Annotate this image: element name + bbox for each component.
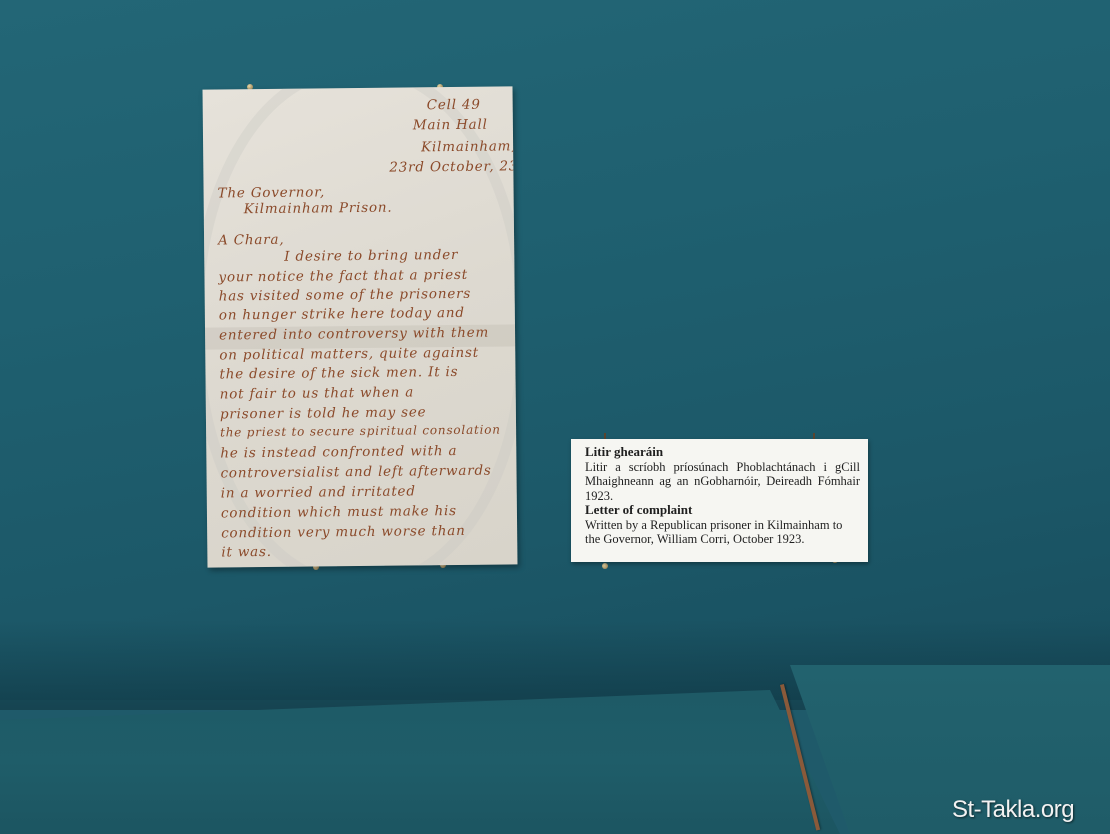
watermark: St-Takla.org xyxy=(952,796,1074,824)
letter-salutation: A Chara, xyxy=(218,232,284,249)
display-wall xyxy=(0,0,1110,700)
handwritten-letter: Cell 49 Main Hall Kilmainham, 23rd Octob… xyxy=(203,86,518,567)
letter-addressee: The Governor, xyxy=(218,184,326,201)
letter-body-line: your notice the fact that a priest xyxy=(218,267,468,286)
letter-body-line: controversialist and left afterwards xyxy=(220,463,491,482)
letter-body-line: prisoner is told he may see xyxy=(220,404,427,422)
letter-body-line: it was. xyxy=(221,544,272,561)
letter-date: 23rd October, 23 xyxy=(389,158,517,175)
letter-body-line: condition which must make his xyxy=(221,503,457,521)
letter-body-line: entered into controversy with them xyxy=(219,325,489,344)
letter-body-line: he is instead confronted with a xyxy=(220,443,457,461)
letter-body-line: in a worried and irritated xyxy=(221,483,416,501)
caption-card: Litir ghearáin Litir a scríobh príosúnac… xyxy=(571,439,868,562)
caption-english-text: Written by a Republican prisoner in Kilm… xyxy=(585,518,860,547)
letter-body-line: condition very much worse than xyxy=(221,523,466,542)
caption-irish-text: Litir a scríobh príosúnach Phoblachtánac… xyxy=(585,460,860,504)
letter-body-line: has visited some of the prisoners xyxy=(219,286,472,305)
caption-irish-title: Litir ghearáin xyxy=(585,445,860,460)
letter-addressee: Kilmainham Prison. xyxy=(244,200,393,218)
letter-body-line: on political matters, quite against xyxy=(219,345,479,364)
letter-body-line: not fair to us that when a xyxy=(220,384,415,402)
mounting-pin xyxy=(602,563,608,569)
caption-english-title: Letter of complaint xyxy=(585,503,860,518)
letter-body-line: the desire of the sick men. It is xyxy=(219,364,458,383)
letter-header-line: Cell 49 xyxy=(427,97,481,114)
letter-header-line: Main Hall xyxy=(413,117,488,134)
letter-body-line: the priest to secure spiritual consolati… xyxy=(220,423,501,440)
letter-body-line: on hunger strike here today and xyxy=(219,305,465,324)
display-shelf-left xyxy=(0,690,840,834)
letter-body-line: I desire to bring under xyxy=(284,247,458,265)
letter-header-line: Kilmainham, xyxy=(421,138,516,155)
